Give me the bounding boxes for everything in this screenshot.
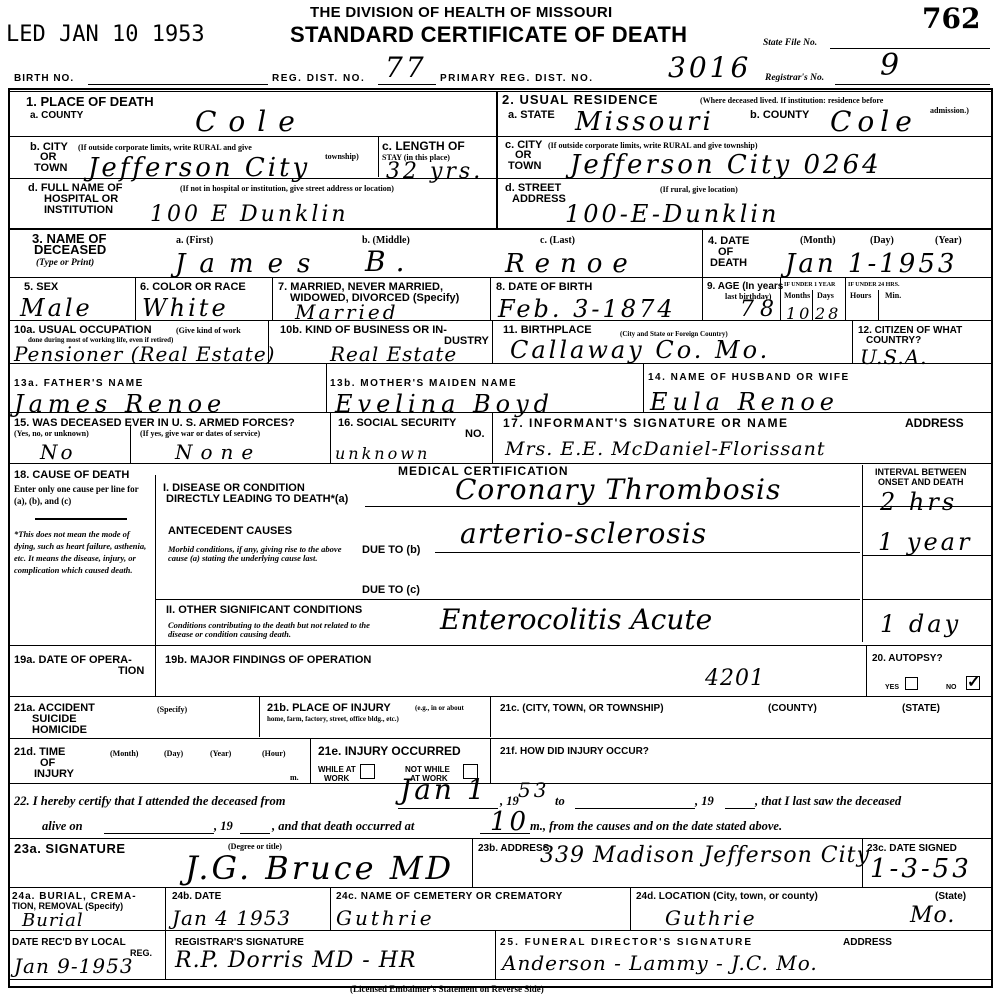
- burial-value: Burial: [22, 910, 84, 932]
- informant-address-label: ADDRESS: [905, 418, 964, 429]
- location-state-value: Mo.: [910, 905, 955, 927]
- other-conditions-value: Enterocolitis Acute: [440, 608, 712, 632]
- certify-text-a: 22. I hereby certify that I attended the…: [14, 794, 285, 808]
- residence-label: 2. USUAL RESIDENCE: [502, 94, 658, 105]
- last-label: c. (Last): [540, 236, 575, 245]
- injury-state-label: (STATE): [902, 703, 940, 714]
- funeral-director-signature: Anderson - Lammy - J.C. Mo.: [502, 952, 818, 974]
- death-city-value: Jefferson City: [88, 156, 310, 180]
- autopsy-no-checkbox[interactable]: ✓: [966, 676, 980, 690]
- armed-forces-value: No: [40, 440, 76, 464]
- cause-footnote: *This does not mean the mode of dying, s…: [14, 528, 150, 576]
- death-city-note2: township): [325, 152, 359, 161]
- op-findings-label: 19b. MAJOR FINDINGS OF OPERATION: [165, 655, 371, 666]
- occupation-note: (Give kind of work: [176, 326, 241, 335]
- interval-b-value: 1 year: [878, 530, 972, 554]
- residence-note2: admission.): [930, 106, 969, 115]
- cause-b-value: arterio-sclerosis: [460, 522, 707, 546]
- time-injury-label3: INJURY: [34, 769, 74, 780]
- burial-date-value: Jan 4 1953: [172, 907, 291, 929]
- hours-label: Hours: [850, 291, 871, 300]
- name-label2: DECEASED: [34, 244, 106, 255]
- injury-m-label: m.: [290, 773, 299, 782]
- nineteen-3: , 19: [214, 821, 233, 832]
- armed-dates-value: None: [175, 440, 261, 464]
- interval-other-value: 1 day: [880, 612, 961, 636]
- stay-value: 32 yrs.: [386, 160, 483, 184]
- file-number: 762: [922, 2, 980, 35]
- footer-note: (Licensed Embalmer's Statement on Revers…: [350, 985, 544, 994]
- months-value: 10: [786, 302, 812, 326]
- sex-label: 5. SEX: [24, 282, 58, 293]
- ssn-label2: NO.: [465, 429, 485, 440]
- certify-text-e: m., from the causes and on the date stat…: [530, 821, 782, 832]
- certify-text-c: alive on: [42, 821, 83, 832]
- certify-text-d: , and that death occurred at: [272, 821, 414, 832]
- cemetery-label: 24c. NAME OF CEMETERY OR CREMATORY: [336, 891, 563, 902]
- injury-day-label: (Day): [164, 749, 183, 758]
- death-city-town: TOWN: [34, 163, 67, 174]
- res-state-label: a. STATE: [508, 110, 555, 121]
- ssn-label: 16. SOCIAL SECURITY: [338, 418, 456, 429]
- residence-note: (Where deceased lived. If institution: r…: [700, 96, 883, 105]
- injury-year-label: (Year): [210, 749, 231, 758]
- reg-dist-value: 77: [385, 56, 427, 80]
- armed-dates-note: (If yes, give war or dates of service): [140, 429, 260, 438]
- place-of-death-label: 1. PLACE OF DEATH: [26, 96, 154, 107]
- race-value: White: [142, 296, 229, 320]
- injury-month-label: (Month): [110, 749, 138, 758]
- first-name-value: James: [175, 252, 324, 276]
- cause-note: Enter only one cause per line for (a), (…: [14, 483, 149, 507]
- op-date-label: 19a. DATE OF OPERA-: [14, 655, 132, 666]
- location-value: Guthrie: [665, 907, 757, 929]
- name-label3: (Type or Print): [36, 258, 94, 269]
- informant-value: Mrs. E.E. McDaniel-Florissant: [505, 438, 826, 460]
- hospital-note: (If not in hospital or institution, give…: [180, 184, 394, 193]
- dob-label: 8. DATE OF BIRTH: [496, 282, 592, 293]
- address-label: 23b. ADDRESS: [478, 843, 549, 854]
- physician-address: 339 Madison Jefferson City: [540, 845, 870, 867]
- other-conditions-note: Conditions contributing to the death but…: [168, 621, 388, 639]
- injury-county-label: (COUNTY): [768, 703, 817, 714]
- homicide-label: HOMICIDE: [32, 725, 87, 736]
- interval-a-value: 2 hrs: [880, 490, 957, 514]
- birthplace-value: Callaway Co. Mo.: [510, 338, 770, 362]
- res-city-value: Jefferson City 0264: [570, 153, 882, 177]
- res-county-label: b. COUNTY: [750, 110, 809, 121]
- days-value: 28: [815, 302, 841, 326]
- filed-stamp: LED JAN 10 1953: [6, 22, 205, 47]
- date-signed-label: 23c. DATE SIGNED: [867, 843, 957, 854]
- day-label: (Day): [870, 236, 894, 245]
- date-death-label3: DEATH: [710, 258, 747, 269]
- min-label: Min.: [885, 291, 901, 300]
- mother-label: 13b. MOTHER'S MAIDEN NAME: [330, 378, 517, 389]
- armed-forces-note: (Yes, no, or unknown): [14, 429, 89, 438]
- how-injury-label: 21f. HOW DID INJURY OCCUR?: [500, 746, 649, 757]
- cemetery-value: Guthrie: [336, 907, 435, 929]
- res-street-value: 100-E-Dunklin: [565, 202, 780, 226]
- hospital-value: 100 E Dunklin: [150, 203, 349, 227]
- middle-label: b. (Middle): [362, 236, 410, 245]
- place-injury-note: (e.g., in or about: [415, 704, 464, 713]
- certificate-title: STANDARD CERTIFICATE OF DEATH: [290, 22, 687, 48]
- to-label: to: [555, 796, 565, 807]
- checkmark-icon: ✓: [967, 672, 980, 692]
- op-date-label2: TION: [118, 666, 144, 677]
- occupation-label: 10a. USUAL OCCUPATION: [14, 325, 152, 336]
- res-street-label2: ADDRESS: [512, 194, 566, 205]
- date-signed-value: 1-3-53: [870, 857, 972, 881]
- injury-city-label: 21c. (CITY, TOWN, OR TOWNSHIP): [500, 703, 664, 714]
- signature-label: 23a. SIGNATURE: [14, 843, 126, 854]
- father-label: 13a. FATHER'S NAME: [14, 378, 144, 389]
- attended-from-value: Jan 1: [400, 778, 488, 802]
- registrar-no-label: Registrar's No.: [765, 73, 824, 84]
- accident-specify: (Specify): [157, 705, 187, 714]
- date-received-value: Jan 9-1953: [14, 955, 134, 977]
- age-label: 9. AGE (In years: [707, 281, 783, 292]
- registrar-signature: R.P. Dorris MD - HR: [175, 950, 416, 972]
- months-label: Months: [784, 291, 810, 300]
- due-to-c-label: DUE TO (c): [362, 585, 420, 596]
- middle-name-value: B.: [365, 250, 414, 274]
- reg-dist-label: REG. DIST. NO.: [272, 73, 365, 84]
- birth-no-label: BIRTH NO.: [14, 73, 74, 84]
- birthplace-label: 11. BIRTHPLACE: [503, 325, 592, 336]
- certify-line1: 22. I hereby certify that I attended the…: [14, 796, 285, 807]
- death-time-value: 10: [490, 810, 529, 834]
- date-received-label: DATE REC'D BY LOCAL: [12, 937, 126, 948]
- under1-label: IF UNDER 1 YEAR: [784, 281, 835, 290]
- spouse-label: 14. NAME OF HUSBAND OR WIFE: [648, 372, 850, 383]
- stay-label: c. LENGTH OF: [382, 141, 465, 152]
- informant-label: 17. INFORMANT'S SIGNATURE OR NAME: [503, 418, 788, 429]
- funeral-director-label: 25. FUNERAL DIRECTOR'S SIGNATURE: [500, 937, 753, 948]
- certify-text-b: , that I last saw the deceased: [755, 796, 901, 807]
- res-state-value: Missouri: [575, 110, 714, 134]
- death-county-label: a. COUNTY: [30, 110, 83, 121]
- location-label: 24d. LOCATION (City, town, or county): [636, 891, 818, 902]
- death-city-note: (If outside corporate limits, write RURA…: [78, 143, 252, 152]
- physician-signature: J.G. Bruce MD: [185, 852, 454, 884]
- registrar-no-value: 9: [880, 54, 902, 78]
- res-county-value: Cole: [830, 110, 918, 134]
- cause-label: 18. CAUSE OF DEATH: [14, 470, 129, 481]
- state-file-label: State File No.: [763, 38, 817, 49]
- registrar-sig-label: REGISTRAR'S SIGNATURE: [175, 937, 304, 948]
- month-label: (Month): [800, 236, 836, 245]
- autopsy-label: 20. AUTOPSY?: [872, 653, 943, 664]
- res-street-note: (If rural, give location): [660, 185, 738, 194]
- cause-a-value: Coronary Thrombosis: [455, 478, 781, 502]
- autopsy-yes-label: YES: [885, 682, 899, 693]
- res-city-town: TOWN: [508, 161, 541, 172]
- sex-value: Male: [20, 296, 93, 320]
- autopsy-yes-checkbox[interactable]: [905, 677, 918, 690]
- place-injury-label: 21b. PLACE OF INJURY: [267, 703, 391, 714]
- death-county-value: Cole: [195, 110, 307, 134]
- antecedent-label: ANTECEDENT CAUSES: [168, 526, 292, 537]
- antecedent-note: Morbid conditions, if any, giving rise t…: [168, 545, 353, 563]
- business-label: 10b. KIND OF BUSINESS OR IN-: [280, 325, 447, 336]
- location-state-label: (State): [935, 891, 966, 902]
- spouse-value: Eula Renoe: [650, 390, 839, 414]
- under24-label: IF UNDER 24 HRS.: [848, 281, 899, 290]
- armed-forces-label: 15. WAS DECEASED EVER IN U. S. ARMED FOR…: [14, 418, 295, 429]
- citizen-value: U.S.A.: [860, 346, 928, 368]
- funeral-address-label: ADDRESS: [843, 937, 892, 948]
- dob-value: Feb. 3-1874: [498, 297, 676, 321]
- other-conditions-label: II. OTHER SIGNIFICANT CONDITIONS: [166, 605, 362, 616]
- res-city-note: (If outside corporate limits, write RURA…: [548, 141, 758, 150]
- nineteen-2: , 19: [695, 796, 714, 807]
- first-label: a. (First): [176, 236, 213, 245]
- burial-date-label: 24b. DATE: [172, 891, 221, 902]
- attended-from-year: 53: [518, 778, 549, 802]
- race-label: 6. COLOR OR RACE: [140, 282, 246, 293]
- date-death-value: Jan 1-1953: [785, 252, 957, 276]
- occupation-value: Pensioner (Real Estate): [14, 343, 276, 365]
- nineteen-1: , 19: [500, 796, 519, 807]
- interval-label2: ONSET AND DEATH: [878, 477, 964, 488]
- hospital-label3: INSTITUTION: [44, 205, 113, 216]
- age-value: 78: [740, 298, 780, 322]
- while-at-work-checkbox[interactable]: [360, 764, 375, 779]
- last-name-value: Renoe: [505, 252, 638, 276]
- autopsy-no-label: NO: [946, 682, 957, 693]
- death-certificate: LED JAN 10 1953 THE DIVISION OF HEALTH O…: [0, 0, 1000, 1004]
- business-value: Real Estate: [330, 343, 457, 365]
- line-a-label2: DIRECTLY LEADING TO DEATH*(a): [166, 494, 348, 505]
- due-to-b-label: DUE TO (b): [362, 545, 420, 556]
- year-label: (Year): [935, 236, 962, 245]
- primary-reg-label: PRIMARY REG. DIST. NO.: [440, 73, 594, 84]
- injury-occurred-label: 21e. INJURY OCCURRED: [318, 746, 461, 757]
- injury-hour-label: (Hour): [262, 749, 286, 758]
- place-injury-note2: home, farm, factory, street, office bldg…: [267, 715, 399, 724]
- op-findings-value: 4201: [705, 668, 765, 690]
- primary-reg-value: 3016: [668, 56, 751, 80]
- days-label: Days: [817, 291, 834, 300]
- agency-title: THE DIVISION OF HEALTH OF MISSOURI: [310, 4, 612, 21]
